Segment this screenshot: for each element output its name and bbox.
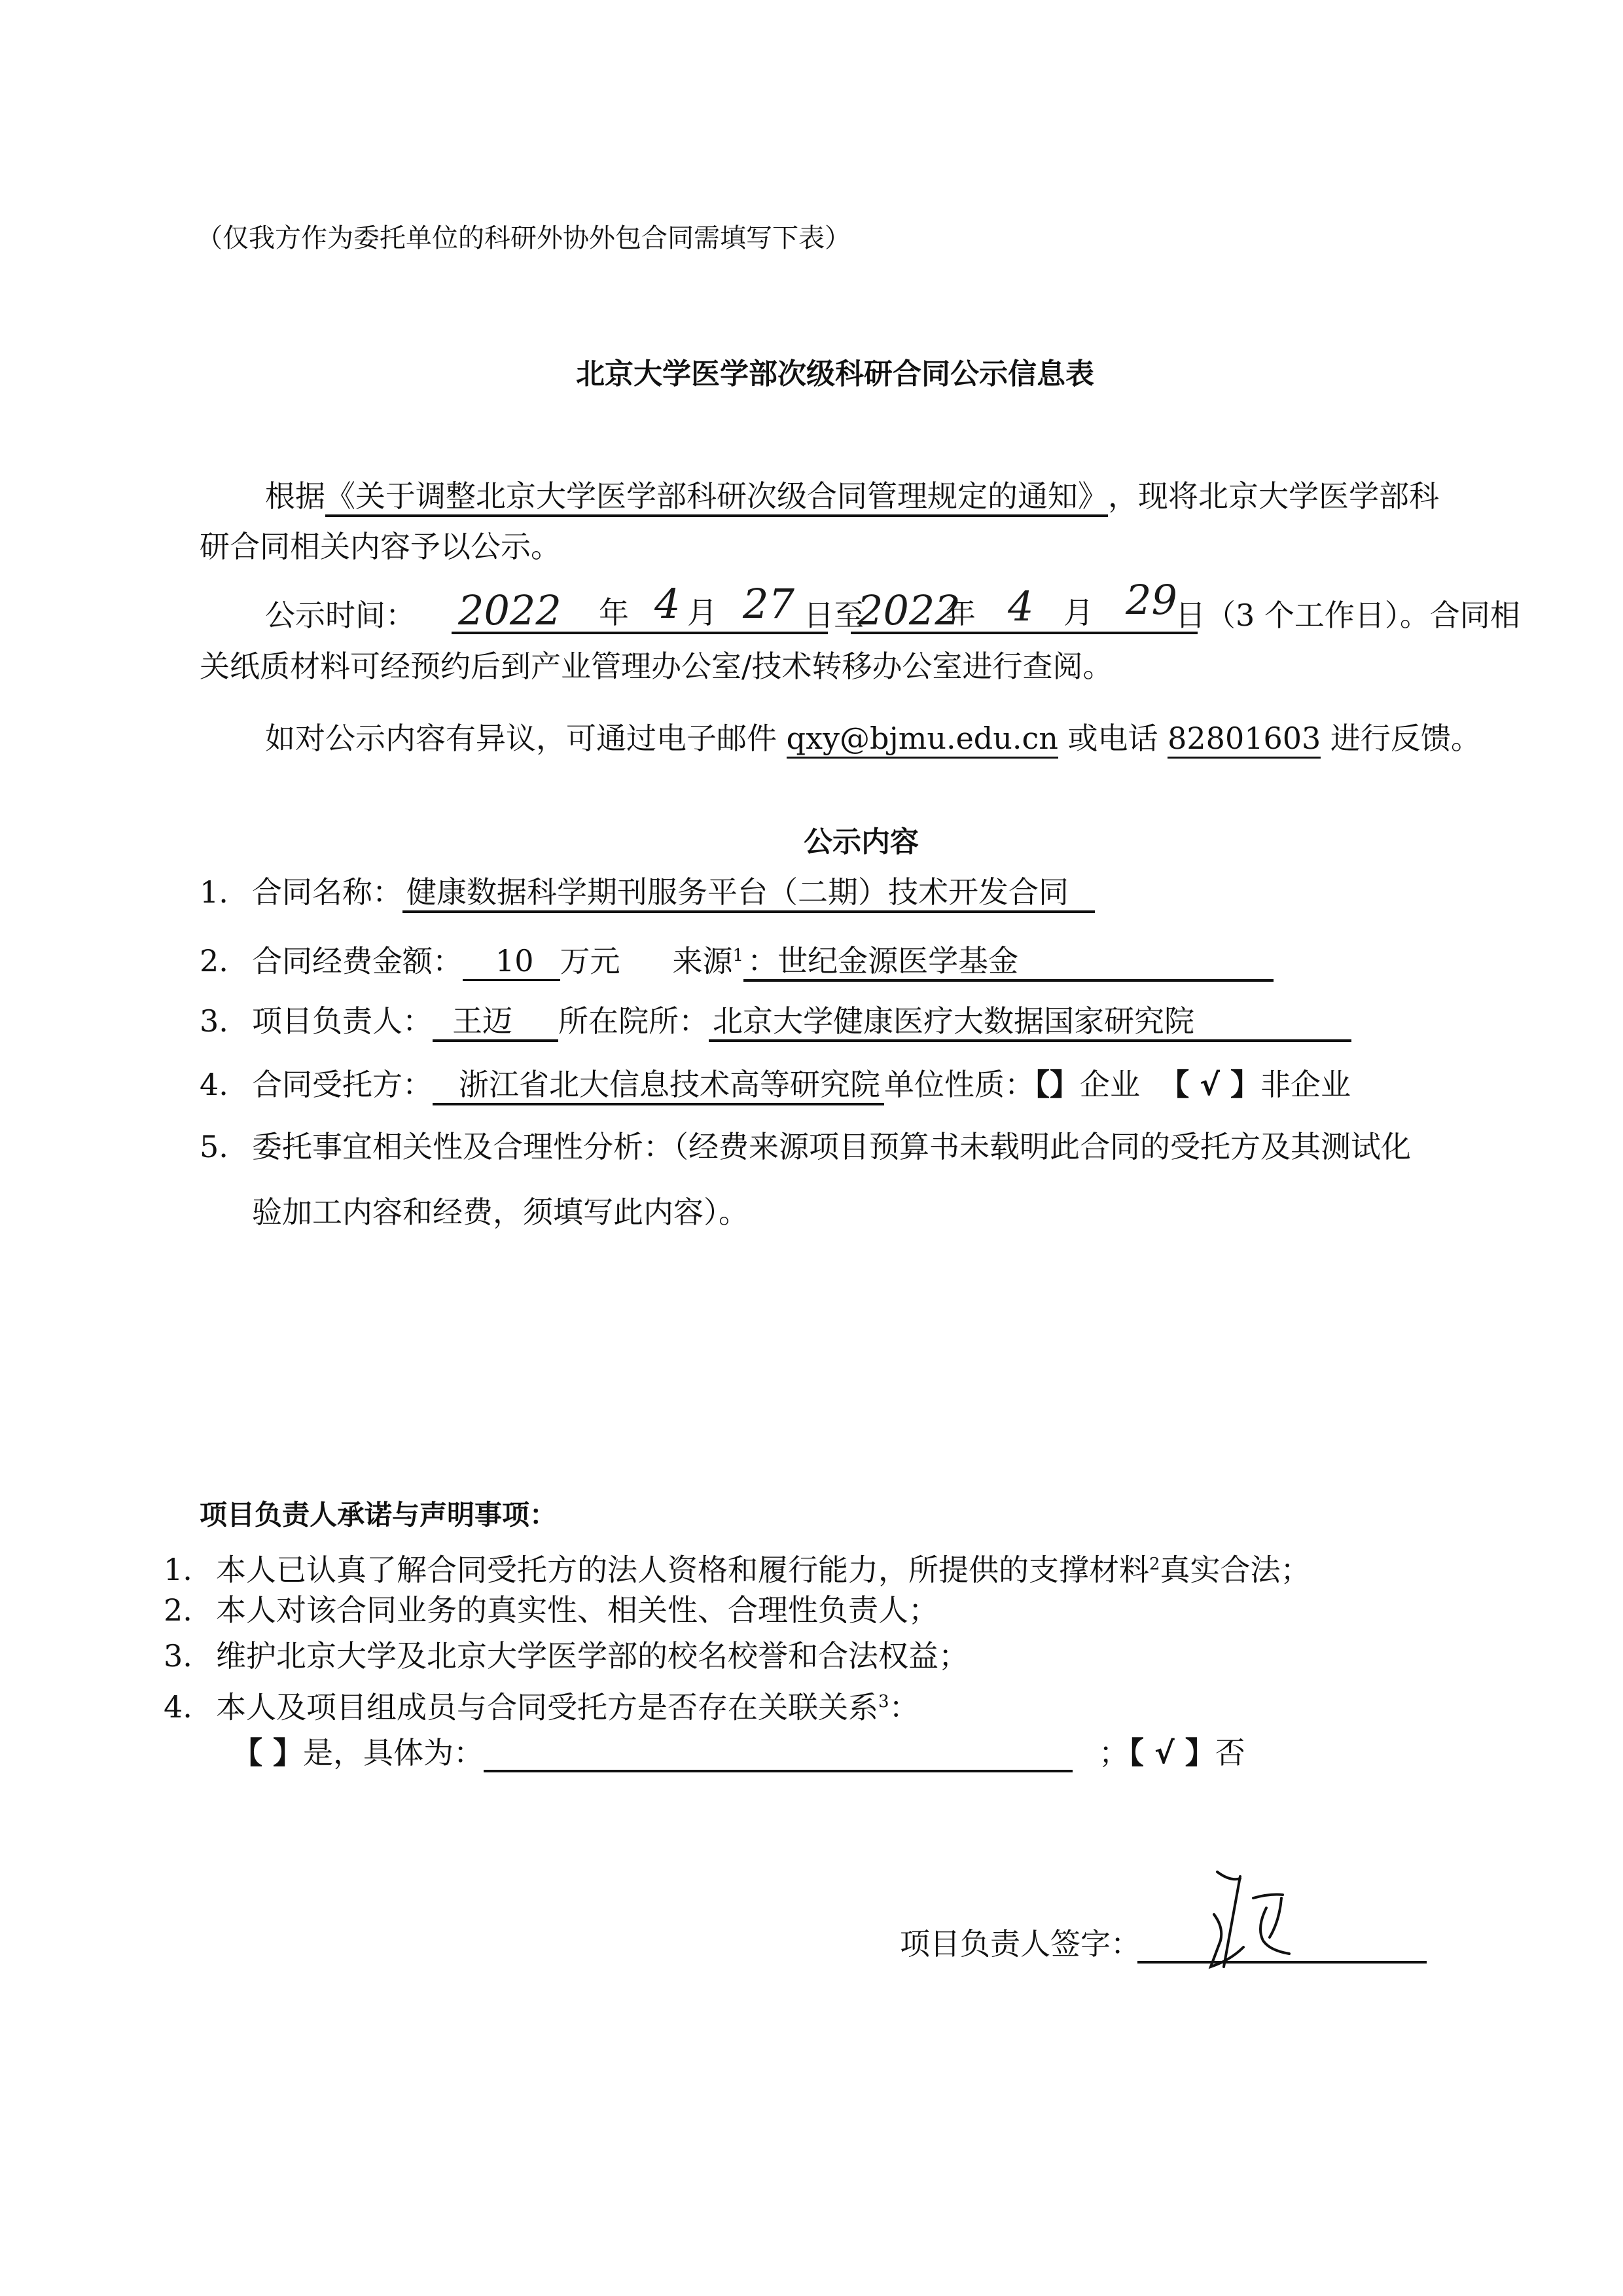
contractee-label: 合同受托方： bbox=[252, 1067, 433, 1102]
amount-unit: 万元 bbox=[560, 943, 620, 978]
period-line-1: 公示时间： bbox=[265, 596, 416, 635]
item-number: 2. bbox=[164, 1590, 216, 1630]
relation-yes-checkbox[interactable]: 【 】 bbox=[232, 1735, 303, 1770]
item-contract-amount: 2.合同经费金额：10万元来源1：世纪金源医学基金 bbox=[200, 936, 1274, 982]
analysis-line-1: 委托事宜相关性及合理性分析：（经费来源项目预算书未载明此合同的受托方及其测试化 bbox=[252, 1129, 1411, 1164]
start-month-handwritten: 4 bbox=[654, 580, 680, 628]
feedback-phone[interactable]: 82801603 bbox=[1168, 720, 1321, 759]
end-day-handwritten: 29 bbox=[1126, 576, 1177, 624]
analysis-line-2: 验加工内容和经费，须填写此内容）。 bbox=[252, 1193, 749, 1232]
source-colon: ： bbox=[747, 943, 777, 978]
end-month-handwritten: 4 bbox=[1008, 583, 1033, 630]
lead-label: 项目负责人： bbox=[252, 1003, 433, 1039]
nature-label: 单位性质： bbox=[884, 1067, 1035, 1102]
item-number: 1. bbox=[200, 872, 252, 912]
amount-label: 合同经费金额： bbox=[252, 943, 463, 978]
footnote-2: 2 bbox=[1149, 1554, 1160, 1574]
item-number: 4. bbox=[200, 1065, 252, 1104]
year-unit: 年 bbox=[599, 593, 629, 632]
contractee-value: 浙江省北大信息技术高等研究院 bbox=[433, 1066, 884, 1105]
signature-scribble-icon bbox=[1204, 1869, 1348, 1980]
non-enterprise-checkbox[interactable]: 【 √ 】 bbox=[1159, 1067, 1260, 1102]
amount-value: 10 bbox=[463, 942, 560, 981]
enterprise-checkbox[interactable]: 【】 bbox=[1035, 1067, 1080, 1102]
working-days: （3 个工作日）。合同相 bbox=[1205, 598, 1520, 633]
commitment-text: 本人已认真了解合同受托方的法人资格和履行能力，所提供的支撑材料 bbox=[216, 1552, 1149, 1587]
item-number: 5. bbox=[200, 1127, 252, 1166]
item-number: 3. bbox=[164, 1636, 216, 1676]
intro-prefix: 根据 bbox=[265, 478, 325, 514]
feedback-prefix: 如对公示内容有异议，可通过电子邮件 bbox=[265, 721, 787, 756]
commitment-text: 维护北京大学及北京大学医学部的校名校誉和合法权益； bbox=[216, 1638, 969, 1674]
commitment-text: 本人及项目组成员与合同受托方是否存在关联关系 bbox=[216, 1689, 878, 1725]
feedback-middle: 或电话 bbox=[1058, 721, 1168, 756]
contract-name-value: 健康数据科学期刊服务平台（二期）技术开发合同 bbox=[402, 874, 1095, 913]
source-footnote: 1 bbox=[733, 946, 744, 965]
institute-label: 所在院所： bbox=[558, 1003, 709, 1039]
end-date-field: 2022 年 4 月 29 bbox=[851, 589, 1198, 634]
relation-no-label: 否 bbox=[1215, 1735, 1245, 1770]
period-label: 公示时间： bbox=[265, 598, 416, 633]
month-unit: 月 bbox=[687, 593, 717, 632]
regulation-link: 《关于调整北京大学医学部科研次级合同管理规定的通知》 bbox=[325, 478, 1108, 517]
non-enterprise-label: 非企业 bbox=[1260, 1067, 1351, 1102]
separator: ； bbox=[1099, 1735, 1129, 1770]
commitment-1: 1.本人已认真了解合同受托方的法人资格和履行能力，所提供的支撑材料2真实合法； bbox=[164, 1545, 1311, 1589]
month-unit-2: 月 bbox=[1063, 593, 1094, 632]
source-field: ：世纪金源医学基金 bbox=[743, 942, 1274, 982]
commitment-4: 4.本人及项目组成员与合同受托方是否存在关联关系3： bbox=[164, 1682, 919, 1727]
relation-options: 【 】是，具体为：；【 √ 】否 bbox=[232, 1733, 1245, 1772]
commitment-3: 3.维护北京大学及北京大学医学部的校名校誉和合法权益； bbox=[164, 1636, 969, 1676]
item-number: 4. bbox=[164, 1687, 216, 1727]
period-line-2: 关纸质材料可经预约后到产业管理办公室/技术转移办公室进行查阅。 bbox=[200, 647, 1113, 686]
year-unit-2: 年 bbox=[946, 593, 976, 632]
intro-suffix: ，现将北京大学医学部科 bbox=[1108, 478, 1439, 514]
commitment-tail: ： bbox=[889, 1689, 919, 1725]
item-contractee: 4.合同受托方：浙江省北大信息技术高等研究院单位性质：【】企业 【 √ 】非企业 bbox=[200, 1065, 1351, 1105]
source-label: 来源 bbox=[673, 943, 733, 978]
commitment-text: 本人对该合同业务的真实性、相关性、合理性负责人； bbox=[216, 1592, 938, 1628]
period-tail: 日（3 个工作日）。合同相 bbox=[1175, 596, 1520, 635]
item-number: 3. bbox=[200, 1001, 252, 1041]
enterprise-label: 企业 bbox=[1080, 1067, 1140, 1102]
feedback-line: 如对公示内容有异议，可通过电子邮件 qxy@bjmu.edu.cn 或电话 82… bbox=[265, 719, 1481, 759]
relation-no-checkbox[interactable]: 【 √ 】 bbox=[1129, 1735, 1215, 1770]
feedback-email[interactable]: qxy@bjmu.edu.cn bbox=[787, 720, 1058, 759]
start-date-field: 2022 年 4 月 27 bbox=[452, 589, 828, 634]
item-number: 1. bbox=[164, 1550, 216, 1589]
commitment-tail: 真实合法； bbox=[1160, 1552, 1311, 1587]
relation-yes-label: 是，具体为： bbox=[303, 1735, 484, 1770]
item-analysis: 5.委托事宜相关性及合理性分析：（经费来源项目预算书未载明此合同的受托方及其测试… bbox=[200, 1127, 1411, 1166]
header-note: （仅我方作为委托单位的科研外协外包合同需填写下表） bbox=[196, 219, 851, 258]
lead-value: 王迈 bbox=[433, 1003, 558, 1042]
relation-detail-field[interactable] bbox=[484, 1736, 1073, 1772]
start-day-handwritten: 27 bbox=[743, 580, 794, 628]
contract-name-label: 合同名称： bbox=[252, 874, 402, 910]
page-title: 北京大学医学部次级科研合同公示信息表 bbox=[576, 350, 1094, 392]
item-number: 2. bbox=[200, 941, 252, 980]
intro-line-2: 研合同相关内容予以公示。 bbox=[200, 527, 561, 566]
commitments-title: 项目负责人承诺与声明事项： bbox=[200, 1494, 557, 1533]
source-value: 世纪金源医学基金 bbox=[777, 943, 1018, 978]
commitment-2: 2.本人对该合同业务的真实性、相关性、合理性负责人； bbox=[164, 1590, 938, 1630]
item-project-lead: 3.项目负责人：王迈所在院所：北京大学健康医疗大数据国家研究院 bbox=[200, 1001, 1351, 1042]
feedback-suffix: 进行反馈。 bbox=[1321, 721, 1481, 756]
section-title: 公示内容 bbox=[804, 818, 919, 860]
intro-line-1: 根据《关于调整北京大学医学部科研次级合同管理规定的通知》，现将北京大学医学部科 bbox=[265, 476, 1439, 517]
signature-label: 项目负责人签字： bbox=[900, 1924, 1141, 1964]
institute-value: 北京大学健康医疗大数据国家研究院 bbox=[709, 1003, 1351, 1042]
start-year-handwritten: 2022 bbox=[458, 586, 562, 634]
footnote-3: 3 bbox=[878, 1692, 889, 1712]
day-unit: 日 bbox=[1175, 598, 1205, 633]
signature-handwritten bbox=[1204, 1869, 1348, 1980]
item-contract-name: 1.合同名称：健康数据科学期刊服务平台（二期）技术开发合同 bbox=[200, 872, 1095, 913]
